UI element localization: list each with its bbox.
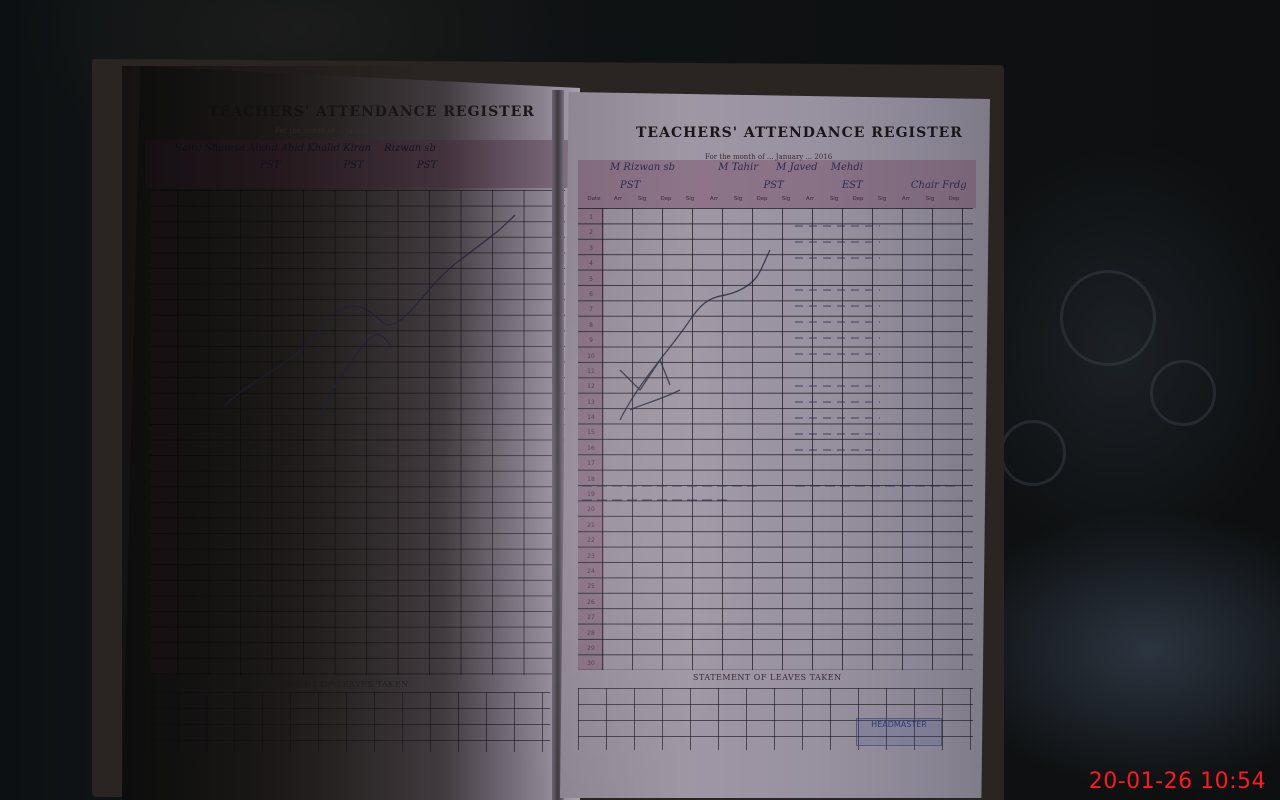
teacher-name: Abid [281, 143, 304, 154]
column-header: Sig [774, 196, 798, 202]
headmaster-stamp: HEADMASTER [856, 718, 942, 746]
teacher-name: M Rizwan sb [610, 162, 675, 173]
right-designations: PST PST EST Chair Frdg [620, 180, 967, 191]
left-designations: PST PST PST [260, 160, 437, 171]
designation: PST [763, 180, 783, 191]
left-page-title: TEACHERS' ATTENDANCE REGISTER [208, 104, 535, 120]
teacher-name: Abdul [248, 143, 278, 154]
column-header: Sig [630, 196, 654, 202]
column-header: Sig [870, 196, 894, 202]
column-header: Sig [822, 196, 846, 202]
column-header: Dep [654, 196, 678, 202]
fabric-pattern-swirl [1150, 360, 1216, 426]
column-header: Sig [678, 196, 702, 202]
teacher-name: Khalid [307, 143, 340, 154]
fabric-pattern-swirl [1000, 420, 1066, 486]
column-header: Sig [918, 196, 942, 202]
designation: PST [620, 180, 640, 191]
left-leave-section-title: STATEMENT OF LEAVES TAKEN [260, 680, 409, 689]
designation: PST [260, 160, 280, 171]
designation: PST [417, 160, 437, 171]
left-page-month-line: For the month of ... January ... 2016 [275, 127, 402, 135]
fabric-pattern-swirl [1060, 270, 1156, 366]
column-header: Arr [606, 196, 630, 202]
column-header: Arr [798, 196, 822, 202]
column-header: Dep [750, 196, 774, 202]
teacher-name: M Javed [776, 162, 817, 173]
right-page-title: TEACHERS' ATTENDANCE REGISTER [636, 125, 963, 141]
teacher-name: M Tahir [718, 162, 758, 173]
designation: PST [343, 160, 363, 171]
right-column-headers: Date Arr Sig Dep Sig Arr Sig Dep Sig Arr… [582, 196, 966, 202]
right-teacher-names: M Rizwan sb M Tahir M Javed Mehdi [610, 162, 863, 173]
teacher-name: Kiran [343, 143, 371, 154]
camera-timestamp: 20-01-26 10:54 [1089, 769, 1266, 794]
left-attendance-grid [150, 190, 565, 675]
column-header: Dep [942, 196, 966, 202]
teacher-name: Shamsa [205, 143, 245, 154]
column-header: Date [582, 196, 606, 202]
designation: Chair Frdg [911, 180, 967, 191]
column-header: Sig [726, 196, 750, 202]
designation: EST [842, 180, 863, 191]
column-header: Dep [846, 196, 870, 202]
right-attendance-grid [578, 208, 973, 670]
left-leave-grid [150, 692, 550, 752]
column-header: Arr [702, 196, 726, 202]
teacher-name: Mehdi [831, 162, 863, 173]
column-header: Arr [894, 196, 918, 202]
teacher-name: Rizwan sb [384, 143, 436, 154]
right-leave-section-title: STATEMENT OF LEAVES TAKEN [693, 673, 842, 682]
teacher-name: Saira [175, 143, 202, 154]
left-teacher-names: Saira Shamsa Abdul Abid Khalid Kiran Riz… [175, 143, 436, 154]
